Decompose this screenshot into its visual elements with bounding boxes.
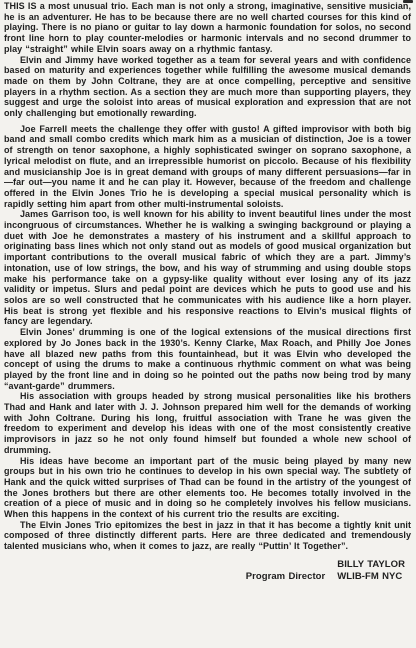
liner-notes-text: THIS IS a most unusual trio. Each man is… [0, 0, 416, 583]
signature-name: BILLY TAYLOR [337, 559, 405, 571]
signature-spacer [246, 559, 326, 571]
paragraph-his-ideas: His ideas have become an important part … [4, 456, 411, 520]
paragraph-elvin-jimmy: Elvin and Jimmy have worked together as … [4, 55, 411, 119]
paragraph-james-garrison: James Garrison too, is well known for hi… [4, 209, 411, 327]
paragraph-intro: THIS IS a most unusual trio. Each man is… [4, 1, 411, 55]
paragraph-conclusion: The Elvin Jones Trio epitomizes the best… [4, 520, 411, 552]
signature-block: BILLY TAYLOR Program Director WLIB-FM NY… [4, 559, 411, 583]
paragraph-elvin-drumming: Elvin Jones’ drumming is one of the logi… [4, 327, 411, 391]
signature-station: WLIB-FM NYC [337, 571, 405, 583]
paragraph-joe-farrell: Joe Farrell meets the challenge they off… [4, 124, 411, 210]
scan-artifact-mark [403, 0, 413, 3]
signature-title: Program Director [246, 571, 326, 583]
paragraph-associations: His association with groups headed by st… [4, 391, 411, 455]
